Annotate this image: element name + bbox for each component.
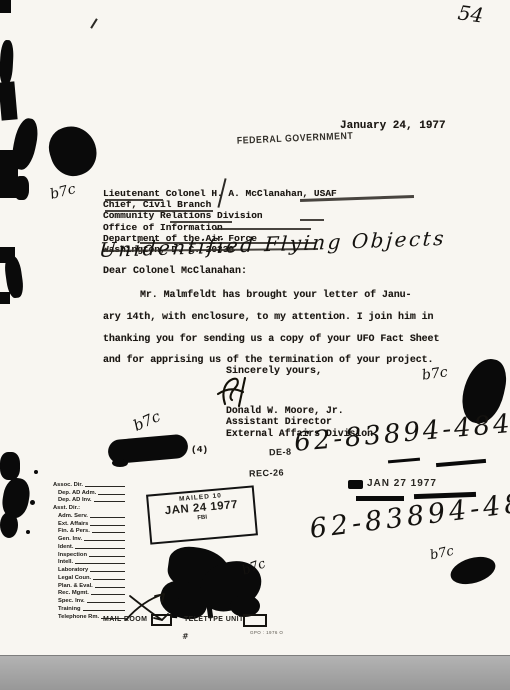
scan-edge-mark — [0, 452, 20, 480]
underline-mark — [105, 199, 163, 201]
routing-row: Assoc. Dir. — [53, 480, 127, 488]
teletype-unit-checkbox — [243, 614, 267, 627]
federal-government-stamp: FEDERAL GOVERNMENT — [237, 130, 354, 146]
redaction-blob — [43, 120, 102, 182]
routing-row: Laboratory — [53, 565, 127, 573]
hash-mark: # — [182, 632, 189, 641]
scan-edge-mark — [0, 0, 11, 13]
scanner-background-strip — [0, 655, 510, 690]
routing-label: Ident. — [58, 544, 73, 550]
routing-leader-line — [90, 517, 125, 518]
routing-label: Training — [58, 606, 81, 612]
routing-leader-line — [98, 494, 125, 495]
routing-label: Laboratory — [58, 567, 88, 573]
copy-count: (4) — [191, 444, 208, 455]
exemption-code-b7c: b7c — [48, 181, 77, 203]
routing-label: Telephone Rm. — [58, 614, 99, 620]
exemption-code-b7c: b7c — [240, 556, 268, 578]
routing-leader-line — [95, 587, 125, 588]
routing-row: Dep. AD Inv. — [53, 496, 127, 504]
routing-row: Plan. & Eval. — [53, 581, 127, 589]
scan-edge-mark — [0, 512, 18, 538]
file-number-handwritten-bottom: 62-83894-48 — [308, 488, 510, 545]
routing-label: Gen. Inv. — [58, 536, 82, 542]
mail-room-checkbox — [151, 614, 172, 626]
exemption-code-b7c: b7c — [429, 544, 455, 564]
routing-label: Rec. Mgmt. — [58, 590, 89, 596]
routing-leader-line — [75, 563, 125, 564]
stray-mark — [90, 18, 98, 28]
page-number-handwritten: 54 — [456, 0, 485, 27]
routing-leader-line — [90, 571, 125, 572]
scan-speckle — [26, 530, 30, 534]
de-routing-code: DE-8 — [269, 447, 292, 458]
routing-leader-line — [89, 556, 125, 557]
routing-row: Dep. AD Adm. — [53, 488, 127, 496]
routing-leader-line — [94, 501, 126, 502]
routing-row: Intell. — [53, 558, 127, 566]
received-date-stamp: JAN 27 1977 — [367, 478, 437, 489]
body-line: ary 14th, with enclosure, to my attentio… — [103, 307, 439, 329]
underline-mark — [216, 228, 311, 230]
scan-edge-mark — [0, 292, 10, 304]
underline-mark — [436, 459, 486, 467]
routing-row: Legal Coun. — [53, 573, 127, 581]
routing-label: Spec. Inv. — [58, 598, 85, 604]
routing-label: Assoc. Dir. — [53, 482, 83, 488]
routing-row: Ext. Affairs — [53, 519, 127, 527]
routing-leader-line — [90, 525, 125, 526]
routing-row: Inspection — [53, 550, 127, 558]
routing-leader-line — [87, 602, 125, 603]
routing-label: Adm. Serv. — [58, 513, 88, 519]
document-page: 54 FEDERAL GOVERNMENT January 24, 1977 b… — [0, 0, 510, 690]
exemption-code-b7c: b7c — [421, 364, 449, 383]
scan-edge-mark — [0, 81, 18, 120]
routing-label: Inspection — [58, 552, 87, 558]
underline-mark — [300, 219, 324, 221]
routing-row: Training — [53, 604, 127, 612]
routing-label: Asst. Dir.: — [53, 505, 80, 511]
salutation: Dear Colonel McClanahan: — [103, 266, 247, 277]
mail-room-label: MAIL ROOM — [103, 616, 147, 623]
underline-mark — [170, 221, 232, 223]
teletype-unit-label: TELETYPE UNIT — [184, 616, 244, 623]
underline-mark — [388, 458, 420, 464]
body-line: thanking you for sending us a copy of yo… — [103, 329, 439, 351]
fbi-routing-list: Assoc. Dir. Dep. AD Adm. Dep. AD Inv. As… — [53, 480, 127, 620]
redaction-blob — [112, 459, 128, 467]
routing-row: Adm. Serv. — [53, 511, 127, 519]
routing-row: Ident. — [53, 542, 127, 550]
recipient-line: Lieutenant Colonel H. A. McClanahan, USA… — [103, 188, 337, 199]
scan-speckle — [30, 500, 35, 505]
routing-label: Plan. & Eval. — [58, 583, 93, 589]
scan-speckle — [34, 470, 38, 474]
signature-scribble — [215, 376, 265, 408]
stamp-dash-mark — [356, 496, 404, 501]
routing-row: Rec. Mgmt. — [53, 589, 127, 597]
routing-leader-line — [85, 486, 125, 487]
routing-leader-line — [91, 594, 125, 595]
routing-label: Dep. AD Adm. — [58, 490, 96, 496]
signer-name: Donald W. Moore, Jr. — [226, 405, 373, 416]
routing-leader-line — [93, 579, 125, 580]
routing-label: Legal Coun. — [58, 575, 91, 581]
exemption-code-b7c: b7c — [131, 407, 163, 435]
routing-row: Asst. Dir.: — [53, 503, 127, 511]
routing-label: Ext. Affairs — [58, 521, 88, 527]
underline-mark — [105, 210, 213, 212]
routing-label: Fin. & Pers. — [58, 528, 90, 534]
routing-row: Fin. & Pers. — [53, 527, 127, 535]
rec-routing-code: REC-26 — [249, 467, 284, 478]
routing-label: Intell. — [58, 559, 73, 565]
scan-edge-mark — [14, 176, 29, 200]
redaction-mark-small — [348, 480, 363, 489]
scan-edge-mark — [0, 40, 14, 86]
letter-body: Mr. Malmfeldt has brought your letter of… — [103, 285, 439, 372]
letter-date: January 24, 1977 — [340, 120, 446, 132]
routing-leader-line — [92, 532, 125, 533]
mailed-date-stamp: MAILED 10 JAN 24 1977 FBI — [146, 485, 258, 544]
gpo-print-code: GPO : 1976 O — [250, 630, 283, 635]
routing-leader-line — [75, 548, 125, 549]
body-line: Mr. Malmfeldt has brought your letter of… — [103, 285, 439, 307]
routing-row: Spec. Inv. — [53, 596, 127, 604]
routing-leader-line — [84, 540, 125, 541]
routing-label: Dep. AD Inv. — [58, 497, 92, 503]
routing-leader-line — [83, 610, 125, 611]
routing-row: Gen. Inv. — [53, 534, 127, 542]
